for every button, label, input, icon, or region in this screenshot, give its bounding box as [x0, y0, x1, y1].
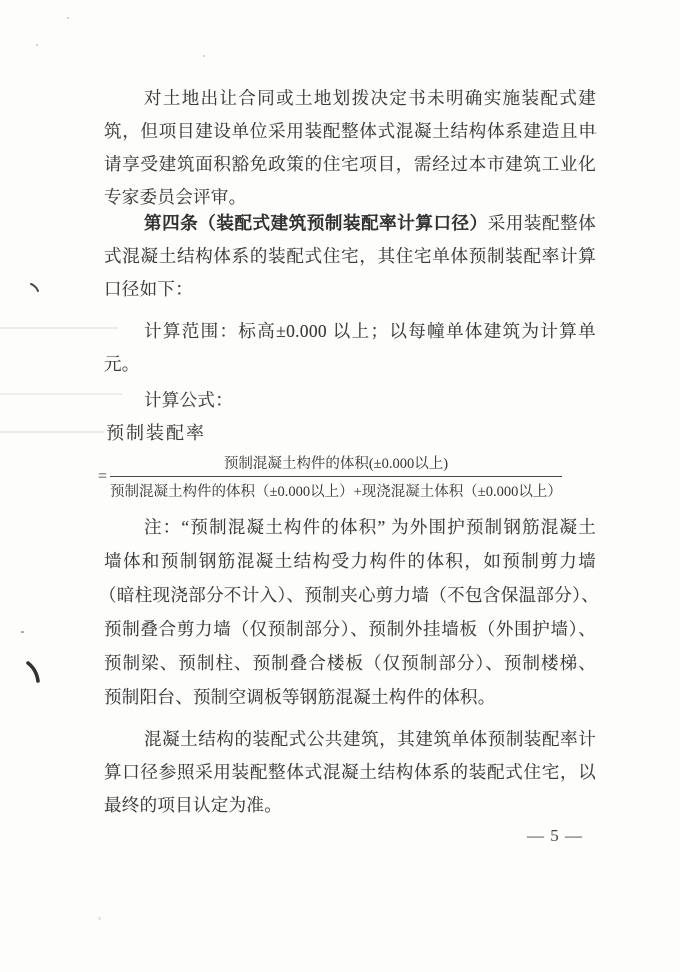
- fraction: 预制混凝土构件的体积(±0.000以上) 预制混凝土构件的体积（±0.000以上…: [110, 452, 562, 501]
- scan-speck: [67, 17, 69, 19]
- formula-label: 预制装配率: [106, 419, 206, 445]
- text-line: 计算公式：: [104, 384, 596, 417]
- text-line: 预制叠合剪力墙（仅预制部分）、预制外挂墙板（外围护墙）、: [104, 612, 596, 646]
- text-line: 元。: [104, 348, 596, 381]
- scan-speck: [36, 44, 38, 46]
- text-line: 口径如下：: [104, 273, 596, 306]
- text-line: 计算范围：标高±0.000 以上；以每幢单体建筑为计算单: [104, 315, 596, 348]
- text-line: 预制阳台、预制空调板等钢筋混凝土构件的体积。: [104, 680, 596, 714]
- paragraph-1: 对土地出让合同或土地划拨决定书未明确实施装配式建 筑，但项目建设单位采用装配整体…: [104, 82, 596, 214]
- text-line: 注：“预制混凝土构件的体积” 为外围护预制钢筋混凝土: [104, 510, 596, 544]
- scan-speck: [203, 55, 205, 57]
- text-line: 筑，但项目建设单位采用装配整体式混凝土结构体系建造且申: [104, 115, 596, 148]
- text-line: 最终的项目认定为准。: [104, 789, 596, 822]
- paragraph-6: 混凝土结构的装配式公共建筑，其建筑单体预制装配率计 算口径参照采用装配整体式混凝…: [104, 723, 596, 822]
- text-line: 算口径参照采用装配整体式混凝土结构体系的装配式住宅，以: [104, 756, 596, 789]
- scan-speck: [21, 631, 24, 633]
- paragraph-2: 第四条（装配式建筑预制装配率计算口径）采用装配整体 式混凝土结构体系的装配式住宅…: [104, 207, 596, 306]
- text-line: 预制梁、预制柱、预制叠合楼板（仅预制部分）、预制楼梯、: [104, 646, 596, 680]
- text-line: 墙体和预制钢筋混凝土结构受力构件的体积，如预制剪力墙: [104, 544, 596, 578]
- text-line: 请享受建筑面积豁免政策的住宅项目，需经过本市建筑工业化: [104, 148, 596, 181]
- paragraph-4: 计算公式：: [104, 384, 596, 417]
- fraction-numerator: 预制混凝土构件的体积(±0.000以上): [110, 452, 562, 477]
- text-line: 对土地出让合同或土地划拨决定书未明确实施装配式建: [104, 82, 596, 115]
- ink-mark: [24, 660, 44, 686]
- text-line: 第四条（装配式建筑预制装配率计算口径）采用装配整体: [104, 207, 596, 240]
- scan-streak: [0, 327, 118, 329]
- paragraph-5: 注：“预制混凝土构件的体积” 为外围护预制钢筋混凝土 墙体和预制钢筋混凝土结构受…: [104, 510, 596, 714]
- clause-heading-rest: 采用装配整体: [488, 213, 596, 233]
- scan-speck: [98, 917, 101, 920]
- clause-heading: 第四条（装配式建筑预制装配率计算口径）: [144, 213, 488, 233]
- document-page: 对土地出让合同或土地划拨决定书未明确实施装配式建 筑，但项目建设单位采用装配整体…: [0, 0, 680, 972]
- fraction-denominator: 预制混凝土构件的体积（±0.000以上）+现浇混凝土体积（±0.000以上）: [110, 477, 562, 501]
- text-line: 式混凝土结构体系的装配式住宅，其住宅单体预制装配率计算: [104, 240, 596, 273]
- page-number: — 5 —: [527, 826, 583, 846]
- ink-mark: [28, 281, 42, 295]
- paragraph-3: 计算范围：标高±0.000 以上；以每幢单体建筑为计算单 元。: [104, 315, 596, 381]
- scan-streak: [0, 431, 104, 433]
- equals-sign: =: [98, 468, 107, 486]
- prefab-rate-formula: = 预制混凝土构件的体积(±0.000以上) 预制混凝土构件的体积（±0.000…: [98, 452, 562, 501]
- text-line: （暗柱现浇部分不计入）、预制夹心剪力墙（不包含保温部分）、: [99, 578, 599, 612]
- text-line: 混凝土结构的装配式公共建筑，其建筑单体预制装配率计: [104, 723, 596, 756]
